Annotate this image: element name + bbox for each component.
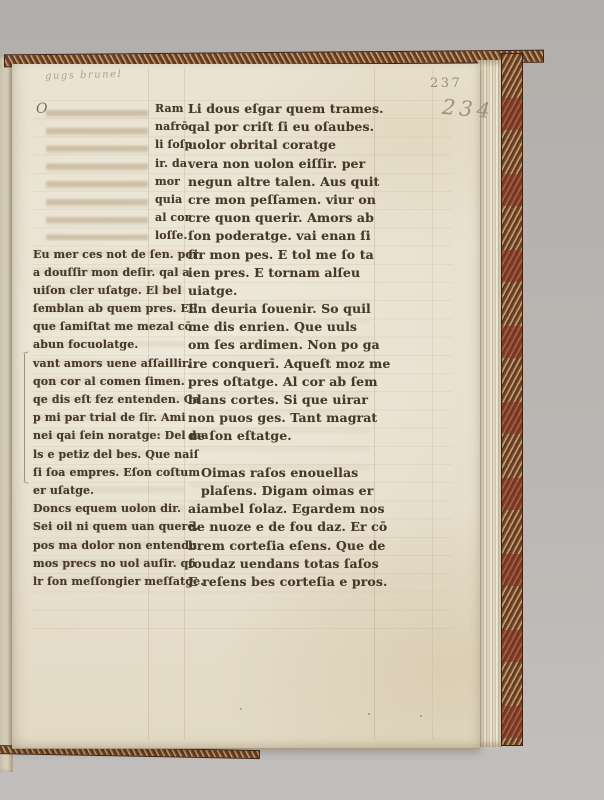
folio-number-large: 234: [441, 95, 495, 123]
manuscript-line: Oimas raſos enouellas: [188, 464, 390, 482]
manuscript-line: pres oſtatge. Al cor ab ſem: [188, 373, 390, 391]
manuscript-line: negun altre talen. Aus quit: [188, 173, 390, 191]
manuscript-line: ſemblan ab quem pres. Eil: [33, 300, 187, 318]
manuscript-line: qe dis eſt fez entenden. Ca: [33, 391, 187, 409]
manuscript-line: ire conquerī. Aqueſt moz me: [188, 355, 390, 373]
page-stack-fore-edge: [478, 60, 502, 747]
binding-right-edge: [501, 53, 523, 746]
manuscript-line: plaſens. Digam oimas er: [188, 482, 390, 500]
manuscript-line: lr ſon meſſongier meſſatge.: [33, 573, 187, 591]
manuscript-line: er uſatge.: [33, 482, 187, 500]
manuscript-line: aiambel ſolaz. Egardem nos: [188, 500, 390, 518]
manuscript-line: a douſſir mon deſir. qal a: [33, 264, 187, 282]
manuscript-line: cre quon querir. Amors ab: [188, 209, 390, 227]
manuscript-line: quia: [33, 191, 187, 209]
manuscript-line: vant amors uene aſſaillir.: [33, 355, 187, 373]
manuscript-line: nafrō: [33, 118, 187, 136]
manuscript-line: ſi ſoa empres. Eſon coſtum: [33, 464, 187, 482]
manuscript-line: ir. da: [33, 155, 187, 173]
manuscript-line: om ſes ardimen. Non po ga: [188, 336, 390, 354]
manuscript-line: uiſon cler uſatge. El bel: [33, 282, 187, 300]
manuscript-line: de ſon eſtatge.: [188, 427, 390, 445]
manuscript-line: Sei oil ni quem uan querē.: [33, 518, 187, 536]
marginal-bracket: [24, 354, 30, 481]
manuscript-line: fir mon pes. E tol me ſo ta: [188, 246, 390, 264]
manuscript-line: brem corteſia eſens. Que de: [188, 537, 390, 555]
manuscript-line: p mi par trial de ſir. Ami: [33, 409, 187, 427]
text-column-right: Li dous eſgar quem trames.qal por criſt …: [188, 100, 390, 591]
manuscript-line: mos precs no uol auſir. qo: [33, 555, 187, 573]
manuscript-line: En deuria ſouenir. So quil: [188, 300, 390, 318]
manuscript-line: pos ma dolor non entendu: [33, 537, 187, 555]
manuscript-line: Eu mer ces not de ſen. per: [33, 246, 187, 264]
manuscript-line: ien pres. E tornam alſeu: [188, 264, 390, 282]
text-column-left: Ramnafrōli ſoſpir. damorquiaal corloſſe.…: [33, 100, 187, 591]
manuscript-line: li ſoſp: [33, 136, 187, 154]
manuscript-line: Doncs equem uolon dir.: [33, 500, 187, 518]
manuscript-photograph: gugs brunel 237 234 O Ramnafrōli ſoſpir.…: [0, 0, 604, 800]
manuscript-line: vera non uolon eiſſir. per: [188, 155, 390, 173]
manuscript-line: Ram: [33, 100, 187, 118]
pricking-dot: [368, 713, 370, 715]
pricking-dot: [240, 708, 242, 710]
manuscript-line: ls e petiz del bes. Que naiſ: [33, 446, 187, 464]
manuscript-line: blans cortes. Si que uirar: [188, 391, 390, 409]
manuscript-line: loſſe.: [33, 227, 187, 245]
manuscript-line: de nuoze e de fou daz. Er cō: [188, 518, 390, 536]
manuscript-line: qon cor al comen ſimen.: [33, 373, 187, 391]
manuscript-line: uiatge.: [188, 282, 390, 300]
manuscript-line: abun focuolatge.: [33, 336, 187, 354]
pencil-attribution-note: gugs brunel: [45, 69, 122, 82]
manuscript-line: foudaz uendans totas ſaſos: [188, 555, 390, 573]
pricking-dot: [420, 715, 422, 717]
folio-number-small: 237: [430, 76, 462, 91]
manuscript-line: [188, 446, 390, 464]
vertical-ruling-line: [432, 68, 433, 740]
manuscript-line: non puos ges. Tant magrat: [188, 409, 390, 427]
manuscript-line: Li dous eſgar quem trames.: [188, 100, 390, 118]
manuscript-line: ſon poderatge. vai enan ſi: [188, 227, 390, 245]
manuscript-line: mor: [33, 173, 187, 191]
manuscript-line: que ſamiſtat me mezal cō: [33, 318, 187, 336]
manuscript-line: nei qai ſein noratge: Del ma: [33, 427, 187, 445]
manuscript-line: cre mon peſſamen. viur on: [188, 191, 390, 209]
manuscript-line: uolor obrital coratge: [188, 136, 390, 154]
manuscript-line: E reſens bes corteſia e pros.: [188, 573, 390, 591]
manuscript-line: al cor: [33, 209, 187, 227]
manuscript-page: gugs brunel 237 234 O Ramnafrōli ſoſpir.…: [12, 64, 480, 749]
manuscript-line: qal por criſt ſi eu oſaubes.: [188, 118, 390, 136]
manuscript-line: me dis enrien. Que uuls: [188, 318, 390, 336]
